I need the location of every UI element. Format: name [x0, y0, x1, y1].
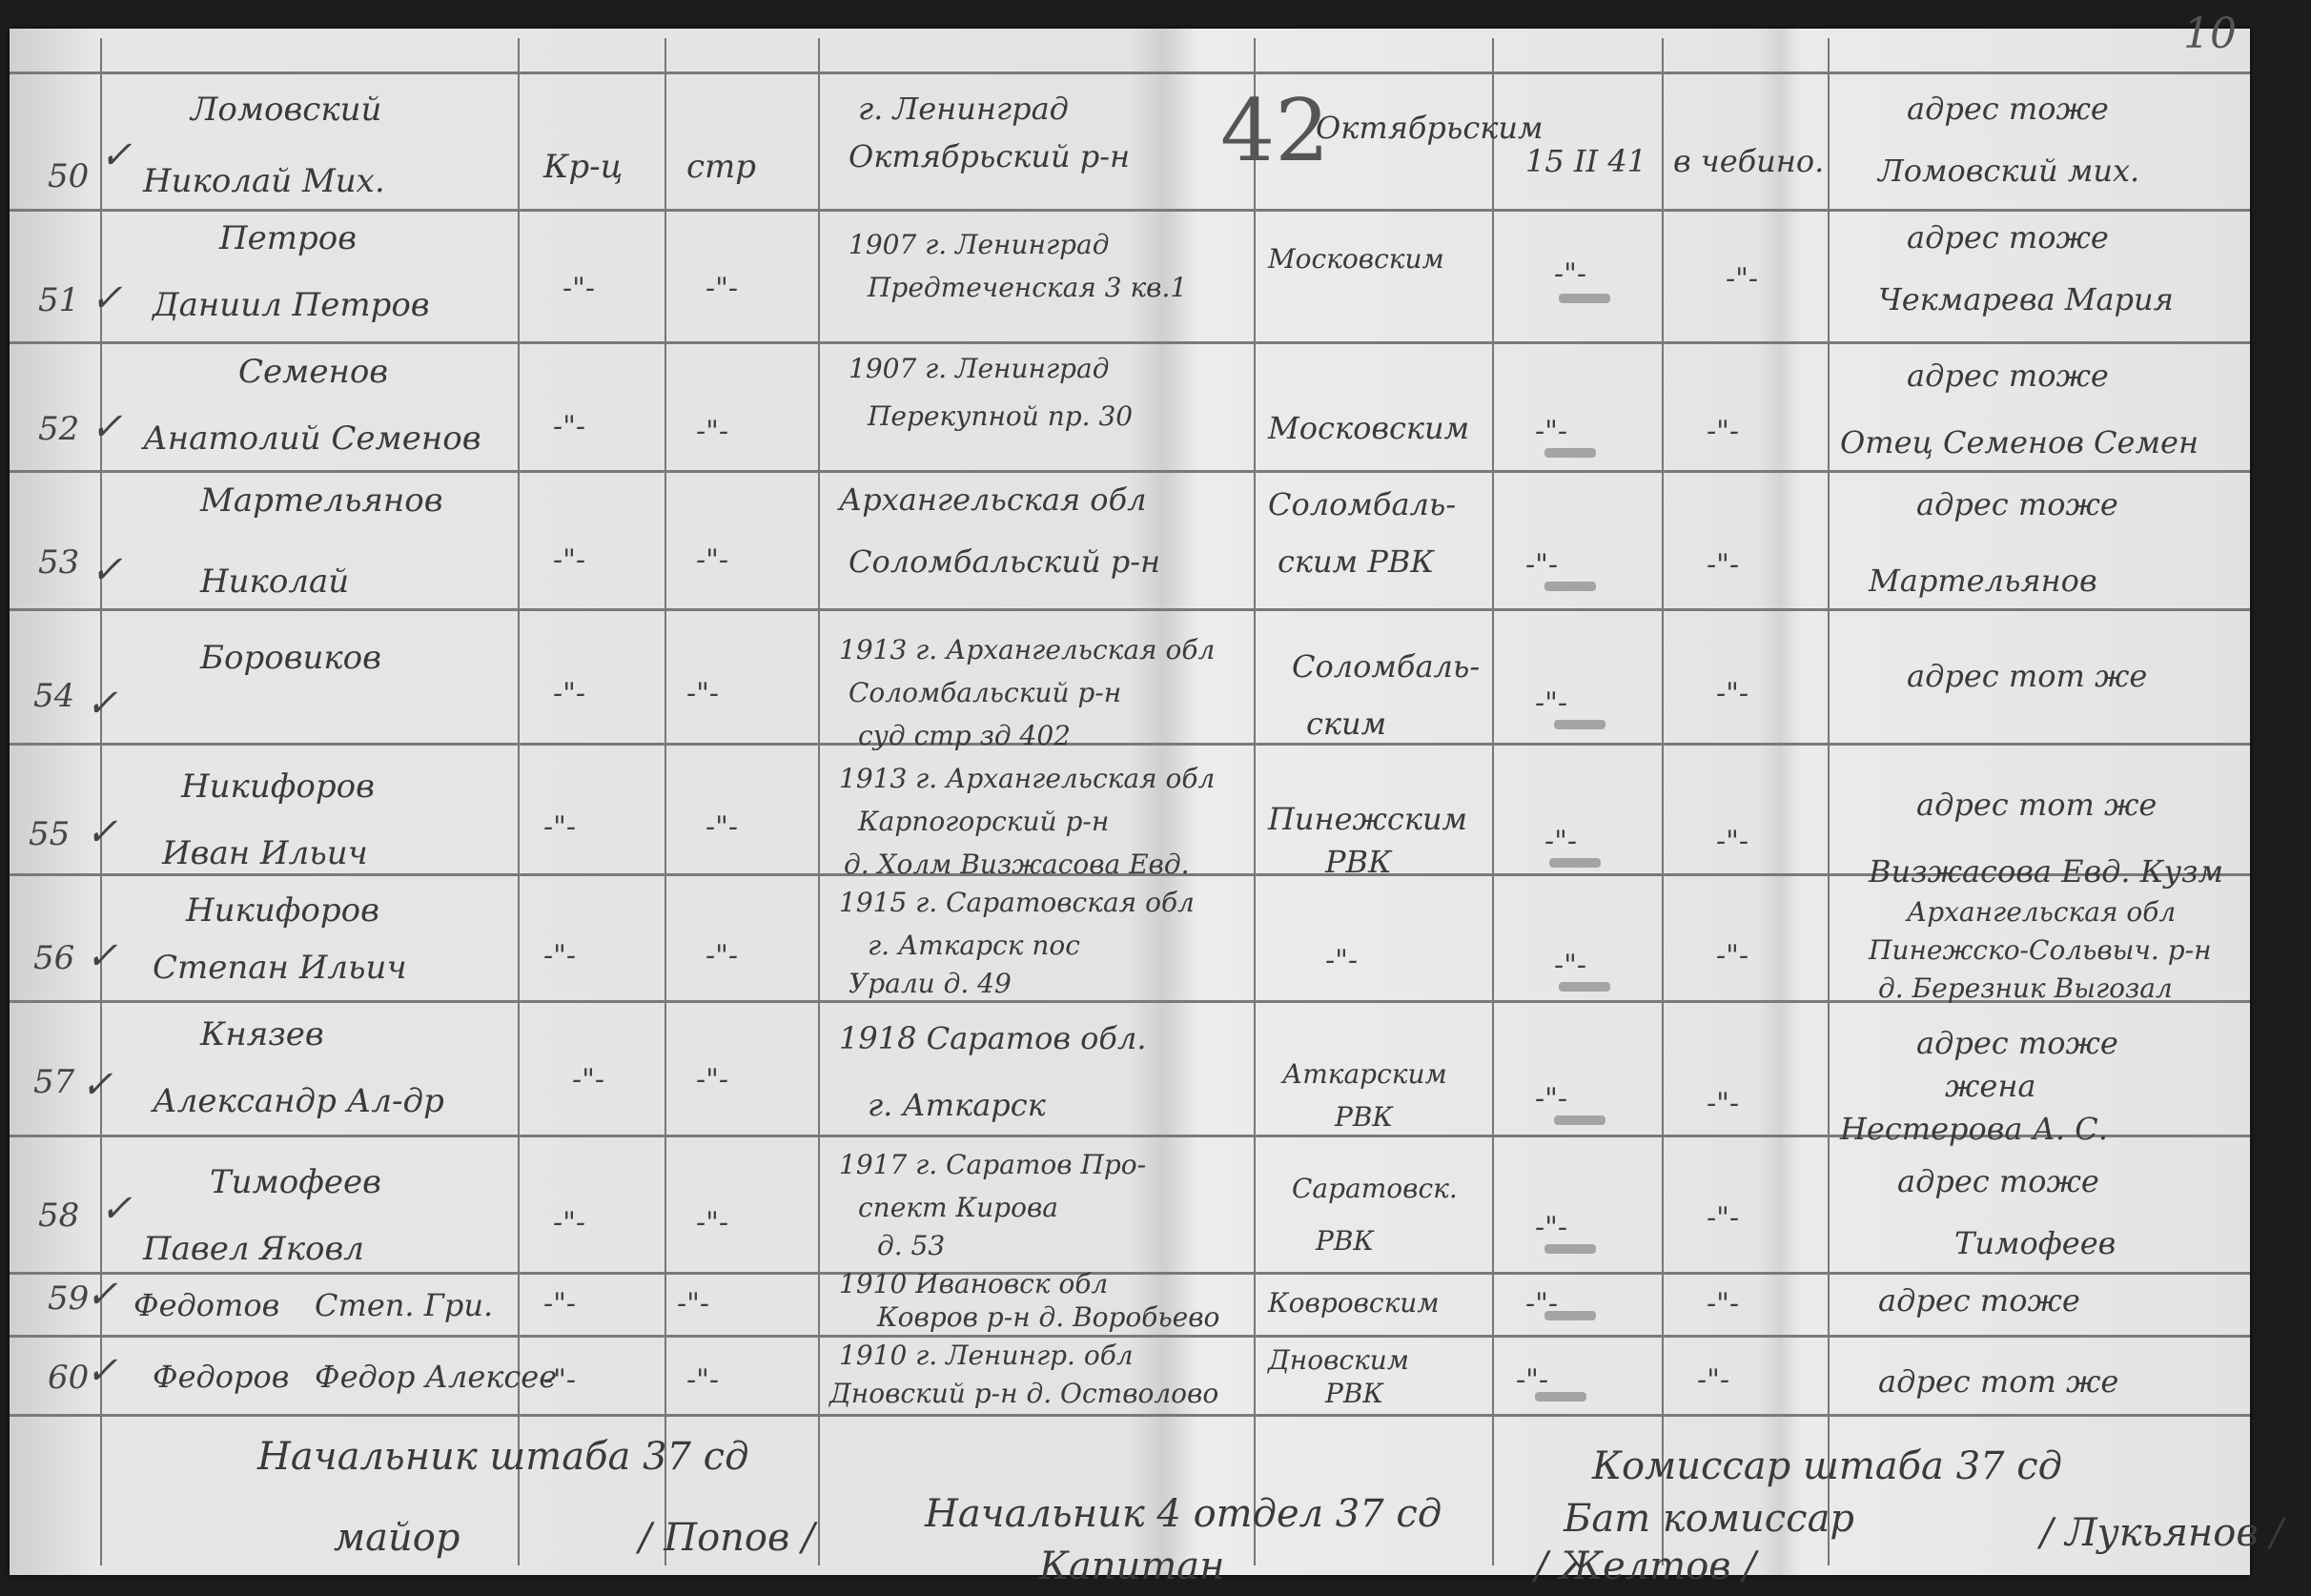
birth-place: 1907 г. Ленинград	[849, 229, 1109, 260]
row-divider	[10, 72, 2250, 74]
given-name: Николай Мих.	[143, 162, 385, 200]
address: адрес тот же	[1878, 1363, 2118, 1400]
row-number: 60	[48, 1359, 89, 1397]
ditto-mark: -"-	[1716, 825, 1749, 858]
ditto-mark: -"-	[1525, 548, 1558, 582]
given-name: Иван Ильич	[162, 834, 368, 872]
dept-chief-rank: Капитан	[1039, 1545, 1224, 1588]
check-mark-icon: ✓	[86, 810, 118, 854]
birth-place: Соломбальский р-н	[849, 677, 1121, 708]
birth-place: Перекупной пр. 30	[868, 400, 1133, 432]
check-mark-icon: ✓	[86, 1273, 118, 1317]
ditto-mark: -"-	[543, 1287, 576, 1320]
address: Архангельская обл	[1907, 896, 2176, 928]
row-divider	[10, 743, 2250, 746]
given-name: Даниил Петров	[153, 286, 430, 324]
ditto-mark: -"-	[1707, 1287, 1739, 1320]
commissar-signature: / Желтов /	[1535, 1545, 1756, 1588]
birth-place: г. Ленинград	[858, 91, 1069, 127]
ditto-mark: -"-	[1535, 686, 1567, 720]
ditto-mark: -"-	[677, 1287, 709, 1320]
birth-place: г. Аткарск пос	[868, 930, 1080, 961]
rvk: ским РВК	[1278, 543, 1434, 580]
check-mark-icon: ✓	[86, 934, 118, 978]
rvk: Московским	[1268, 243, 1444, 275]
surname: Ломовский	[191, 91, 381, 129]
commissar-rank: Бат комиссар	[1564, 1497, 1854, 1541]
rvk: Саратовск.	[1292, 1173, 1458, 1204]
smudge	[1554, 1115, 1605, 1125]
address: адрес тоже	[1907, 358, 2109, 394]
ditto-mark: -"-	[1707, 548, 1739, 582]
rank-header: Кр-ц	[543, 148, 623, 186]
rvk: РВК	[1335, 1101, 1393, 1133]
ditto-mark: -"-	[553, 543, 585, 577]
smudge	[1554, 720, 1605, 729]
ditto-mark: -"-	[1716, 939, 1749, 972]
rvk: Пинежским	[1268, 801, 1467, 837]
birth-place: 1913 г. Архангельская обл	[839, 634, 1215, 665]
rvk: РВК	[1325, 1378, 1383, 1409]
row-number: 57	[33, 1063, 74, 1101]
ditto-mark: -"-	[553, 1206, 585, 1239]
row-divider	[10, 470, 2250, 473]
smudge	[1535, 1392, 1586, 1402]
address: адрес тоже	[1878, 1282, 2080, 1319]
surname: Никифоров	[181, 767, 375, 806]
smudge	[1559, 982, 1610, 992]
row-number: 58	[38, 1197, 79, 1235]
birth-place: 1913 г. Архангельская обл	[839, 763, 1215, 794]
address: адрес тоже	[1897, 1163, 2099, 1199]
birth-place: д. 53	[877, 1230, 945, 1261]
ditto-mark: -"-	[1544, 825, 1577, 858]
smudge	[1544, 1311, 1596, 1320]
row-divider	[10, 608, 2250, 611]
ditto-mark: -"-	[572, 1063, 604, 1096]
rvk: Московским	[1268, 410, 1469, 446]
ditto-mark: -"-	[696, 1063, 728, 1096]
ditto-mark: -"-	[1535, 1211, 1567, 1244]
secondary-signature: / Лукьянов /	[2040, 1511, 2283, 1555]
surname: Петров	[219, 219, 357, 257]
row-number: 52	[38, 410, 79, 448]
killed-date: 15 II 41	[1525, 143, 1646, 179]
archive-stamp-number: 42	[1220, 81, 1330, 181]
birth-place: Архангельская обл	[839, 481, 1146, 518]
smudge	[1549, 858, 1601, 868]
ditto-mark: -"-	[543, 810, 576, 844]
address: Отец Семенов Семен	[1840, 424, 2199, 460]
row-number: 53	[38, 543, 79, 582]
birth-place: 1917 г. Саратов Про-	[839, 1149, 1146, 1180]
birth-place: 1907 г. Ленинград	[849, 353, 1109, 384]
birth-place: Октябрьский р-н	[849, 138, 1130, 174]
ditto-mark: -"-	[706, 810, 738, 844]
rvk: Дновским	[1268, 1344, 1409, 1376]
given-name: Анатолий Семенов	[143, 419, 481, 458]
page-number: 10	[2183, 10, 2237, 58]
address: адрес тот же	[1907, 658, 2147, 694]
surname: Федотов	[133, 1287, 279, 1323]
address: жена	[1945, 1068, 2035, 1104]
birth-place: Дновский р-н д. Остволово	[829, 1378, 1218, 1409]
row-number: 54	[33, 677, 74, 715]
address: адрес тоже	[1916, 1025, 2118, 1061]
smudge	[1544, 448, 1596, 458]
ditto-mark: -"-	[1554, 257, 1586, 291]
ditto-mark: -"-	[686, 677, 719, 710]
rvk: РВК	[1316, 1225, 1374, 1257]
birth-place: г. Аткарск	[868, 1087, 1046, 1123]
ditto-mark: -"-	[686, 1363, 719, 1397]
rvk: ским	[1306, 706, 1386, 742]
birth-place: суд стр зд 402	[858, 720, 1071, 751]
given-name: Александр Ал-др	[153, 1082, 444, 1120]
birth-place: 1910 Ивановск обл	[839, 1268, 1108, 1299]
row-number: 51	[38, 281, 79, 319]
given-name: Степан Ильич	[153, 949, 407, 987]
birth-place: Карпогорский р-н	[858, 806, 1109, 837]
given-name: Степ. Гри.	[315, 1287, 493, 1323]
row-number: 55	[29, 815, 70, 853]
surname: Семенов	[238, 353, 388, 391]
chief-of-staff-signature: / Попов /	[639, 1516, 814, 1560]
smudge	[1544, 1244, 1596, 1254]
address: Нестерова А. С.	[1840, 1111, 2108, 1147]
ditto-mark: -"-	[706, 939, 738, 972]
given-name: Николай	[200, 563, 349, 601]
row-number: 56	[33, 939, 74, 977]
ditto-mark: -"-	[562, 272, 595, 305]
row-number: 50	[48, 157, 89, 195]
surname: Никифоров	[186, 891, 379, 930]
birth-place: Предтеченская 3 кв.1	[868, 272, 1187, 303]
ditto-mark: -"-	[1707, 415, 1739, 448]
row-divider	[10, 341, 2250, 344]
chief-of-staff-rank: майор	[334, 1516, 460, 1560]
ditto-mark: -"-	[1707, 1087, 1739, 1120]
ditto-mark: -"-	[553, 677, 585, 710]
birth-place: Соломбальский р-н	[849, 543, 1160, 580]
check-mark-icon: ✓	[81, 1063, 113, 1107]
address: адрес тот же	[1916, 787, 2157, 823]
birth-place: Урали д. 49	[849, 968, 1012, 999]
check-mark-icon: ✓	[86, 1349, 118, 1393]
address: Ломовский мих.	[1878, 153, 2139, 189]
rvk: РВК	[1325, 844, 1392, 880]
check-mark-icon: ✓	[100, 133, 133, 177]
given-name: Федор Алексее	[315, 1359, 557, 1395]
commissar-title: Комиссар штаба 37 сд	[1592, 1444, 2062, 1488]
torn-margin	[10, 29, 100, 1575]
ditto-mark: -"-	[1726, 262, 1758, 296]
address: Тимофеев	[1954, 1225, 2116, 1261]
address: Пинежско-Сольвыч. р-н	[1869, 934, 2212, 966]
ditto-mark: -"-	[706, 272, 738, 305]
check-mark-icon: ✓	[100, 1187, 133, 1231]
birth-place: 1915 г. Саратовская обл	[839, 887, 1195, 918]
ditto-mark: -"-	[553, 410, 585, 443]
row-divider	[10, 209, 2250, 212]
ditto-mark: -"-	[1554, 949, 1586, 982]
address: адрес тоже	[1907, 219, 2109, 256]
chief-of-staff-title: Начальник штаба 37 сд	[257, 1435, 748, 1479]
birth-place: спект Кирова	[858, 1192, 1058, 1223]
ditto-mark: -"-	[1716, 677, 1749, 710]
address: Чекмарева Мария	[1878, 281, 2174, 317]
smudge	[1559, 294, 1610, 303]
document-page: 10 42 50 ✓ Ломовский Николай Мих. Кр-ц с…	[10, 29, 2250, 1575]
address: адрес тоже	[1916, 486, 2118, 522]
surname: Боровиков	[200, 639, 381, 677]
birth-place: 1918 Саратов обл.	[839, 1020, 1146, 1056]
rvk: Октябрьским	[1316, 110, 1543, 146]
address: Мартельянов	[1869, 563, 2097, 599]
rvk: Соломбаль-	[1268, 486, 1456, 522]
rvk: Ковровским	[1268, 1287, 1440, 1319]
surname: Князев	[200, 1015, 324, 1054]
rvk: Аткарским	[1282, 1058, 1447, 1090]
address: д. Березник Выгозал	[1878, 972, 2173, 1004]
address: Визжасова Евд. Кузм	[1869, 853, 2223, 890]
ditto-mark: -"-	[1535, 415, 1567, 448]
surname: Мартельянов	[200, 481, 443, 520]
row-divider	[10, 1272, 2250, 1275]
check-mark-icon: ✓	[91, 276, 123, 320]
address: адрес тоже	[1907, 91, 2109, 127]
ditto-mark: -"-	[696, 543, 728, 577]
check-mark-icon: ✓	[86, 682, 118, 726]
ditto-mark: -"-	[696, 1206, 728, 1239]
position-header: стр	[686, 148, 756, 186]
row-divider	[10, 1335, 2250, 1338]
check-mark-icon: ✓	[91, 405, 123, 449]
ditto-mark: -"-	[543, 1363, 576, 1397]
surname: Тимофеев	[210, 1163, 381, 1201]
ditto-mark: -"-	[1535, 1082, 1567, 1115]
burial-place: в чебино.	[1673, 143, 1824, 179]
birth-place: д. Холм Визжасова Евд.	[844, 849, 1190, 880]
ditto-mark: -"-	[1325, 944, 1358, 977]
check-mark-icon: ✓	[91, 548, 123, 592]
ditto-mark: -"-	[1697, 1363, 1729, 1397]
smudge	[1544, 582, 1596, 591]
rvk: Соломбаль-	[1292, 648, 1480, 685]
row-divider	[10, 1414, 2250, 1417]
row-number: 59	[48, 1279, 89, 1318]
given-name: Павел Яковл	[143, 1230, 364, 1268]
ditto-mark: -"-	[1707, 1201, 1739, 1235]
ditto-mark: -"-	[696, 415, 728, 448]
ditto-mark: -"-	[543, 939, 576, 972]
surname: Федоров	[153, 1359, 289, 1395]
birth-place: Ковров р-н д. Воробьево	[877, 1301, 1219, 1333]
dept-chief-title: Начальник 4 отдел 37 сд	[925, 1492, 1442, 1536]
birth-place: 1910 г. Ленингр. обл	[839, 1340, 1134, 1371]
